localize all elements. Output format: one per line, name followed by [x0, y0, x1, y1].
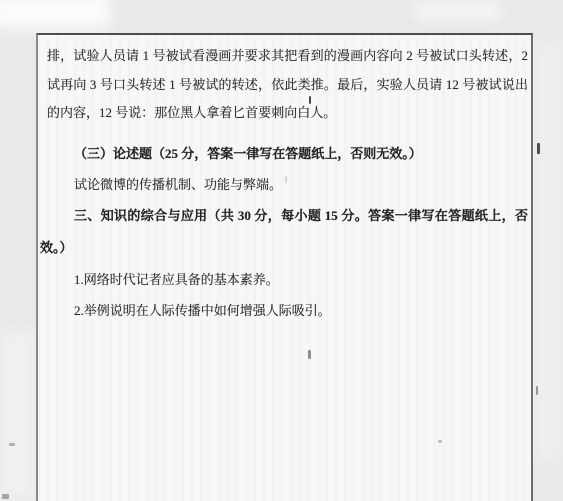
essay-question: 试论微博的传播机制、功能与弊端。: [74, 176, 282, 193]
para-line-1: 排，试验人员请 1 号被试看漫画并要求其把看到的漫画内容向 2 号被试口头转述，…: [47, 47, 528, 64]
scan-light-patch: [0, 330, 36, 501]
para-line-2: 试再向 3 号口头转述 1 号被试的转述，依此类推。最后，实验人员请 12 号被…: [47, 76, 528, 93]
scan-light-patch: [415, 2, 500, 20]
part-3-heading-line-2: 效。）: [40, 239, 73, 256]
scan-artifact-speck-left-edge-2: [2, 494, 9, 499]
scan-light-patch: [0, 0, 110, 28]
scan-artifact-speck-left-edge-1: [9, 443, 15, 446]
scan-artifact-right-margin-tick-2: [536, 386, 538, 395]
scanned-document-page: 排，试验人员请 1 号被试看漫画并要求其把看到的漫画内容向 2 号被试口头转述，…: [0, 0, 563, 501]
page-frame-border: 排，试验人员请 1 号被试看漫画并要求其把看到的漫画内容向 2 号被试口头转述，…: [36, 33, 533, 501]
section-3-heading: （三）论述题（25 分，答案一律写在答题纸上，否则无效。）: [74, 145, 422, 162]
para-line-3: 的内容，12 号说：那位黑人拿着匕首要刺向白人。: [47, 104, 336, 121]
text-layer: 排，试验人员请 1 号被试看漫画并要求其把看到的漫画内容向 2 号被试口头转述，…: [38, 35, 531, 501]
question-2: 2.举例说明在人际传播中如何增强人际吸引。: [74, 302, 331, 319]
scan-light-patch: [536, 40, 563, 460]
scan-artifact-right-margin-tick-1: [537, 143, 540, 154]
part-3-heading-line-1: 三、知识的综合与应用（共 30 分，每小题 15 分。答案一律写在答题纸上，否则…: [74, 207, 528, 224]
question-1: 1.网络时代记者应具备的基本素养。: [74, 271, 279, 288]
